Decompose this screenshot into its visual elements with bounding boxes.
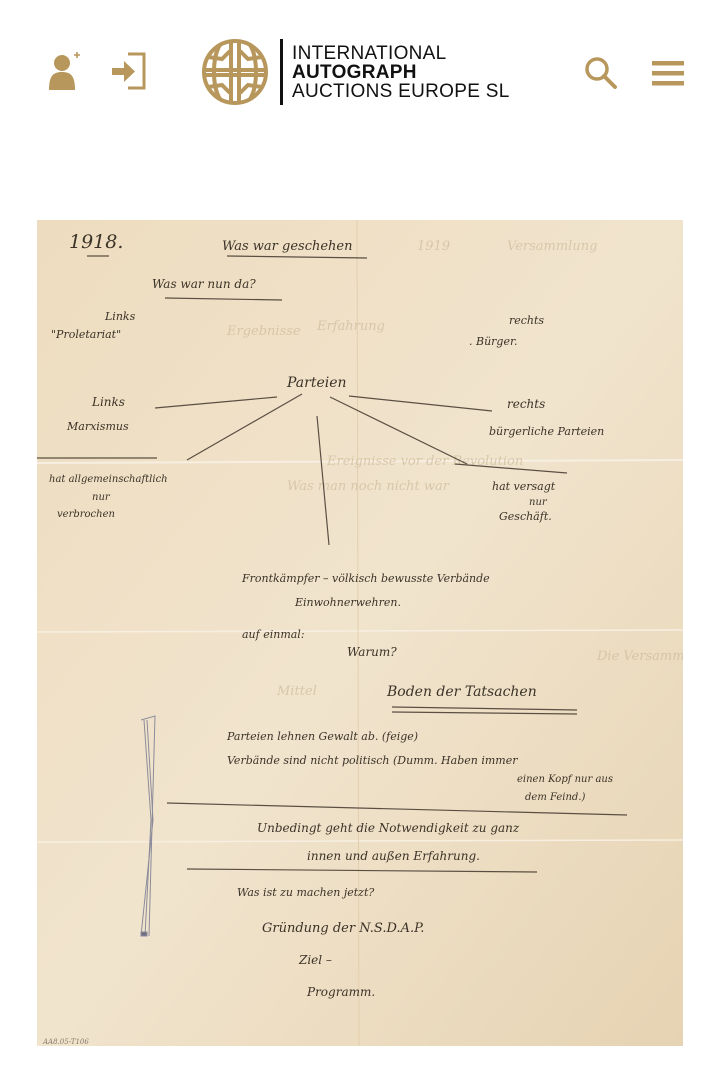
svg-text:Die Versammlung hat: Die Versammlung hat [596, 649, 683, 664]
svg-text:rechts: rechts [509, 314, 544, 327]
svg-text:Parteien: Parteien [286, 375, 347, 391]
logo-line-3: AUCTIONS EUROPE SL [292, 82, 510, 101]
svg-text:Marxismus: Marxismus [66, 420, 129, 433]
search-icon [584, 56, 618, 90]
svg-text:Warum?: Warum? [347, 645, 397, 659]
svg-text:Links: Links [104, 310, 136, 323]
add-user-icon [48, 50, 82, 92]
svg-text:. Bürger.: . Bürger. [469, 335, 518, 348]
svg-text:"Proletariat": "Proletariat" [51, 328, 121, 341]
svg-text:nur: nur [529, 497, 548, 508]
login-icon [110, 50, 148, 92]
svg-text:Was war nun da?: Was war nun da? [152, 277, 256, 291]
svg-text:verbrochen: verbrochen [57, 509, 115, 520]
svg-text:innen und außen Erfahrung.: innen und außen Erfahrung. [307, 849, 480, 863]
svg-text:Erfahrung: Erfahrung [316, 319, 385, 334]
svg-text:einen Kopf nur aus: einen Kopf nur aus [517, 774, 613, 785]
menu-button[interactable] [650, 58, 686, 88]
svg-text:Unbedingt geht die Notwendigke: Unbedingt geht die Notwendigkeit zu ganz [257, 821, 520, 835]
logo-text: INTERNATIONAL AUTOGRAPH AUCTIONS EUROPE … [292, 44, 510, 101]
lot-image-manuscript[interactable]: 1919 Versammlung Erfahrung Ergebnisse Er… [37, 220, 683, 1046]
svg-text:Was man noch nicht war: Was man noch nicht war [287, 479, 450, 494]
logo-line-2: AUTOGRAPH [292, 63, 510, 82]
svg-text:Verbände sind nicht politisch: Verbände sind nicht politisch (Dumm. Hab… [227, 754, 518, 767]
logo-divider [280, 39, 283, 105]
svg-text:rechts: rechts [507, 397, 545, 411]
svg-text:Mittel: Mittel [276, 684, 317, 699]
svg-text:Frontkämpfer – völkisch bewuss: Frontkämpfer – völkisch bewusste Verbänd… [241, 572, 490, 585]
svg-text:Parteien lehnen Gewalt ab. (fe: Parteien lehnen Gewalt ab. (feige) [226, 730, 418, 743]
register-button[interactable] [48, 50, 82, 92]
manuscript-drawing: 1919 Versammlung Erfahrung Ergebnisse Er… [37, 220, 683, 1046]
svg-text:hat allgemeinschaftlich: hat allgemeinschaftlich [49, 474, 168, 485]
login-button[interactable] [110, 50, 148, 92]
svg-text:Links: Links [91, 395, 125, 409]
svg-text:Boden der Tatsachen: Boden der Tatsachen [386, 684, 537, 700]
site-header: INTERNATIONAL AUTOGRAPH AUCTIONS EUROPE … [0, 0, 720, 140]
svg-text:nur: nur [92, 492, 111, 503]
svg-text:1918.: 1918. [69, 231, 123, 253]
svg-text:Programm.: Programm. [306, 985, 375, 999]
logo-line-1: INTERNATIONAL [292, 44, 510, 63]
svg-text:bürgerliche Parteien: bürgerliche Parteien [489, 425, 604, 438]
svg-text:Ergebnisse: Ergebnisse [226, 324, 301, 339]
svg-text:Gründung der N.S.D.A.P.: Gründung der N.S.D.A.P. [262, 921, 424, 936]
hamburger-menu-icon [650, 58, 686, 88]
svg-text:Einwohnerwehren.: Einwohnerwehren. [294, 596, 401, 609]
svg-text:Ziel –: Ziel – [298, 953, 332, 967]
svg-text:hat versagt: hat versagt [492, 480, 556, 493]
search-button[interactable] [584, 56, 618, 90]
svg-text:AA8.05-T106: AA8.05-T106 [42, 1038, 89, 1046]
svg-text:Versammlung: Versammlung [507, 239, 597, 254]
site-logo[interactable]: INTERNATIONAL AUTOGRAPH AUCTIONS EUROPE … [200, 36, 510, 108]
svg-text:1919: 1919 [417, 239, 450, 254]
svg-text:Was war geschehen: Was war geschehen [222, 239, 352, 254]
globe-icon [200, 37, 270, 107]
svg-text:auf einmal:: auf einmal: [242, 628, 305, 641]
svg-text:Was ist zu machen jetzt?: Was ist zu machen jetzt? [237, 886, 374, 899]
svg-text:Geschäft.: Geschäft. [499, 510, 552, 523]
svg-text:dem Feind.): dem Feind.) [525, 792, 586, 803]
